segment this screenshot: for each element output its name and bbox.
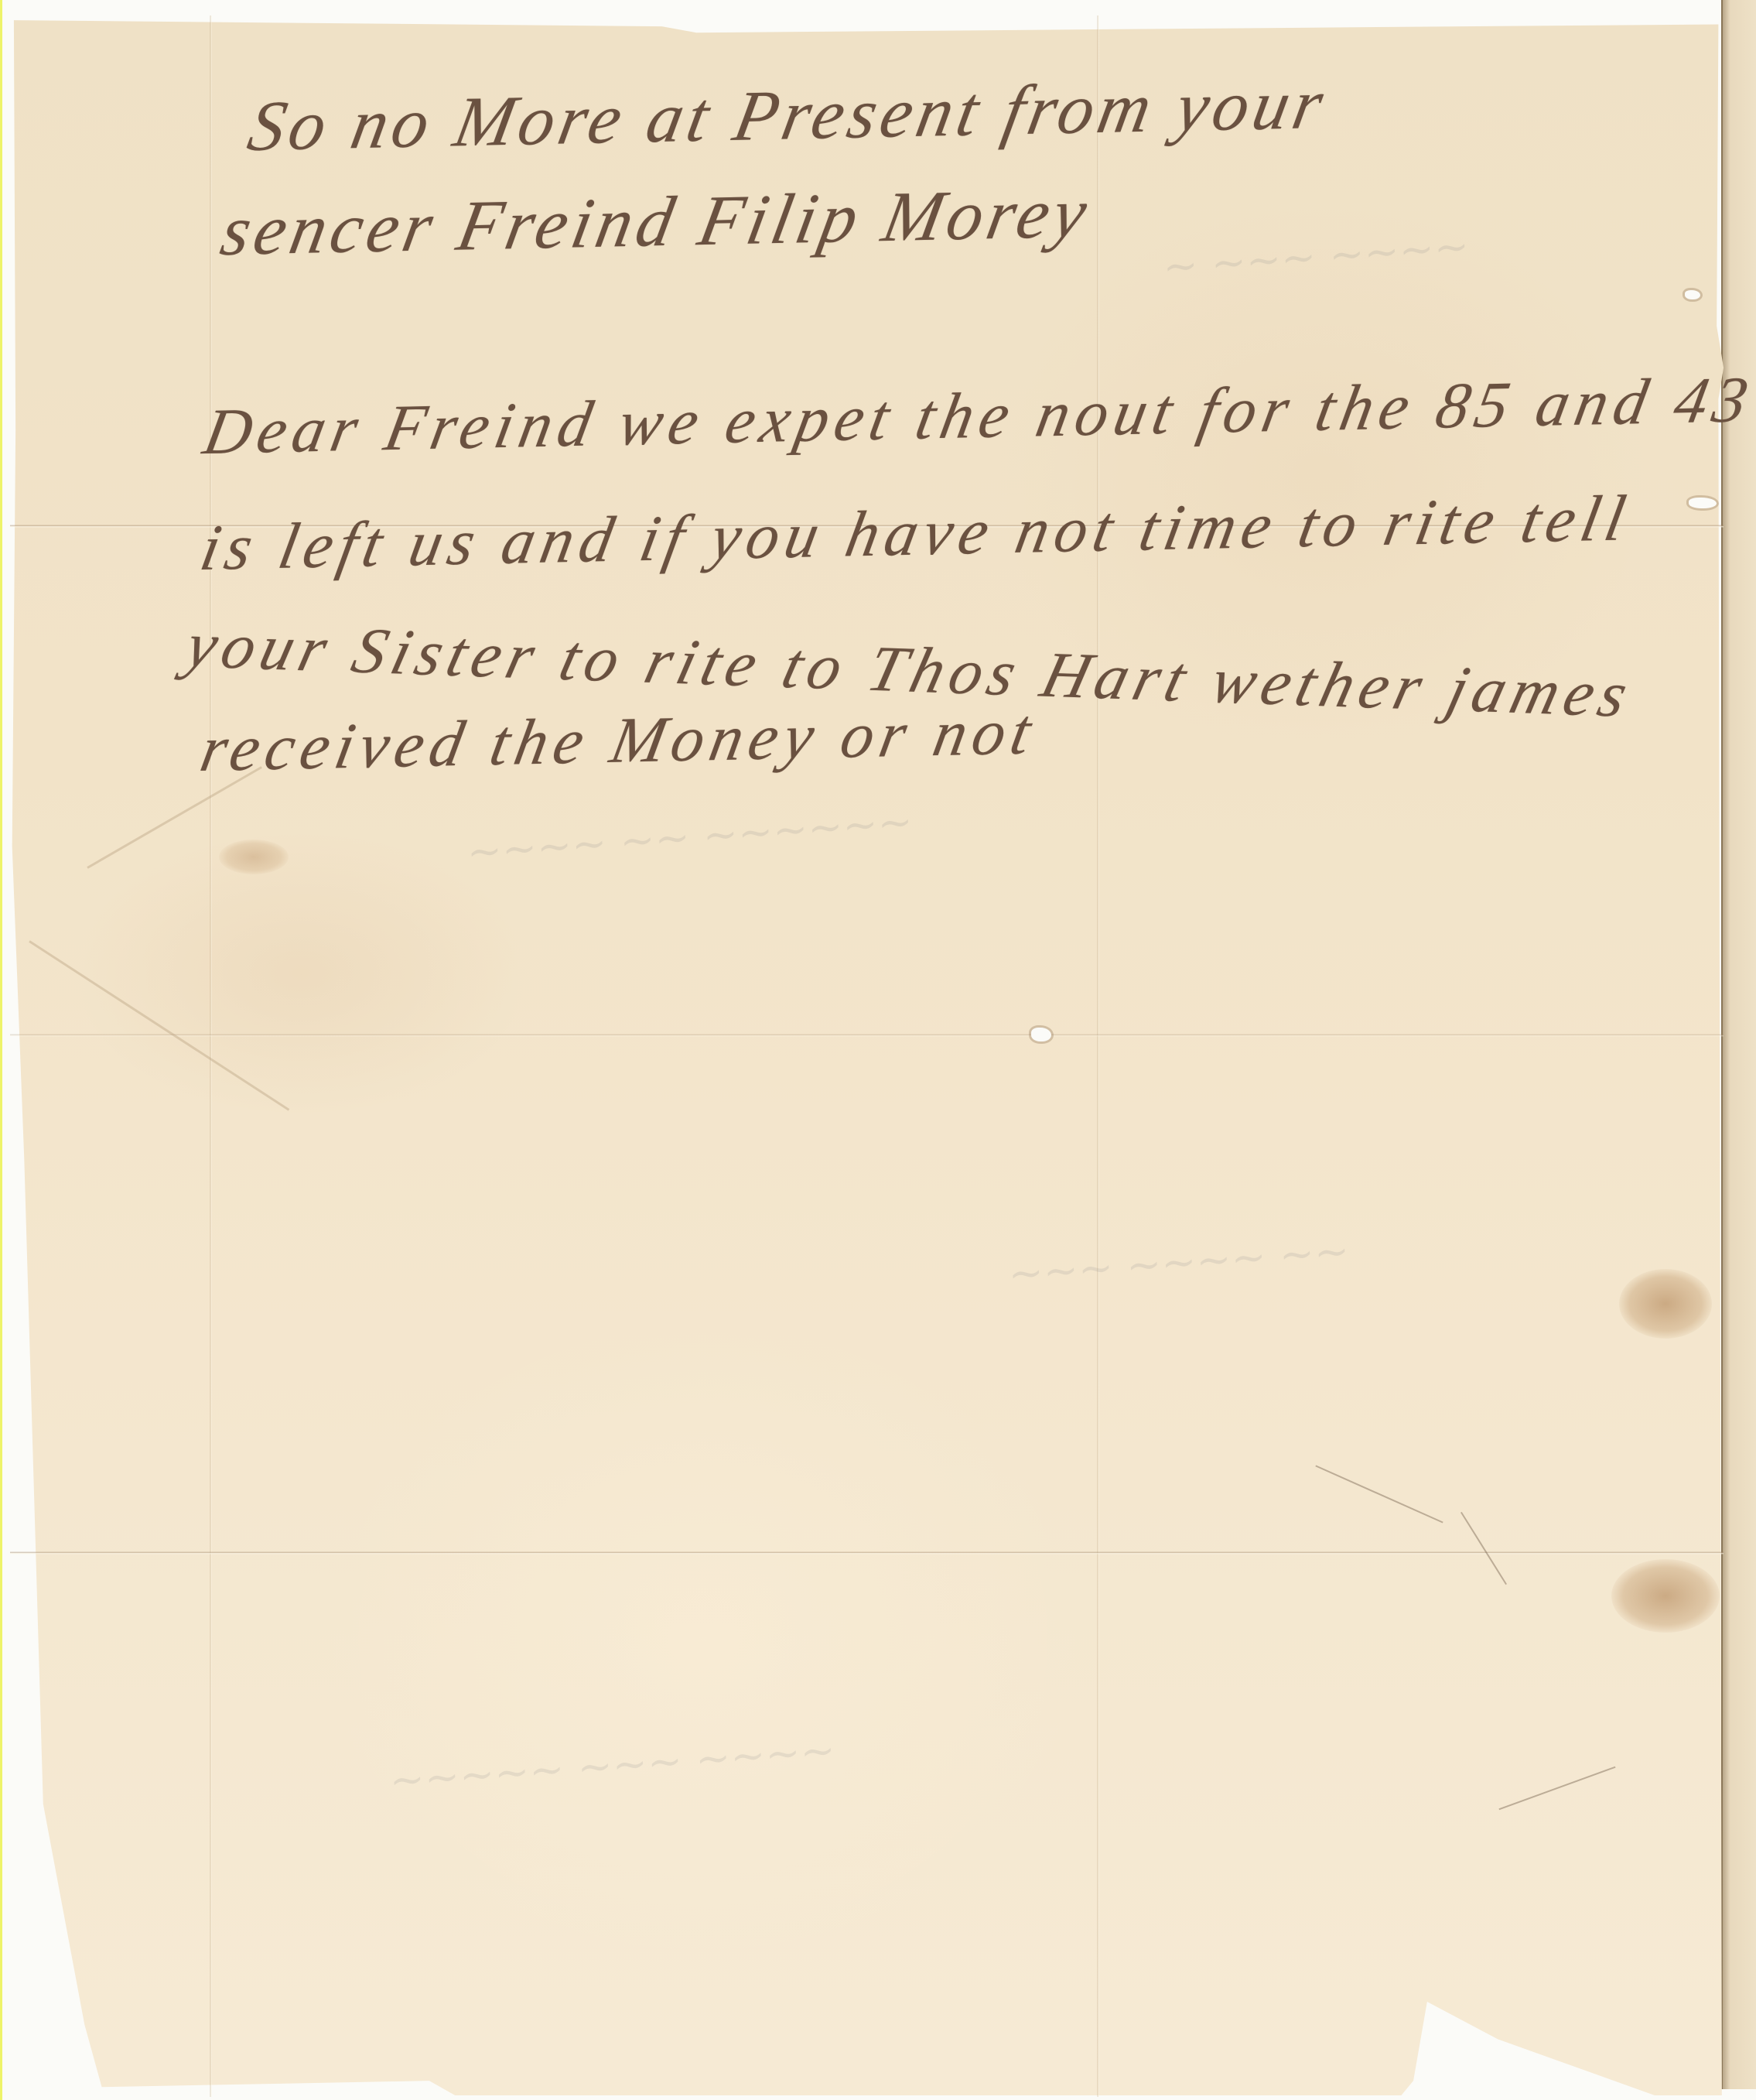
horizontal-fold-middle (10, 1034, 1724, 1037)
center-tear-hole (1031, 1028, 1051, 1041)
brown-spot-left (219, 840, 289, 874)
letter-sheet (7, 14, 1730, 2095)
vertical-fold-left (210, 15, 212, 2097)
horizontal-fold-lower (10, 1551, 1724, 1554)
edge-tear-upper (1689, 498, 1717, 508)
water-stain-upper-right (1619, 1269, 1712, 1339)
second-leaf-edge (1721, 0, 1756, 2089)
water-stain-lower-right (1611, 1559, 1720, 1633)
scanned-page: ~ ~~~ ~~~~ ~~~~ ~~ ~~~~~~ ~~~ ~~~~ ~~ ~~… (0, 0, 1756, 2100)
vertical-fold-center (1097, 15, 1099, 2097)
edge-tear-small (1685, 290, 1700, 299)
